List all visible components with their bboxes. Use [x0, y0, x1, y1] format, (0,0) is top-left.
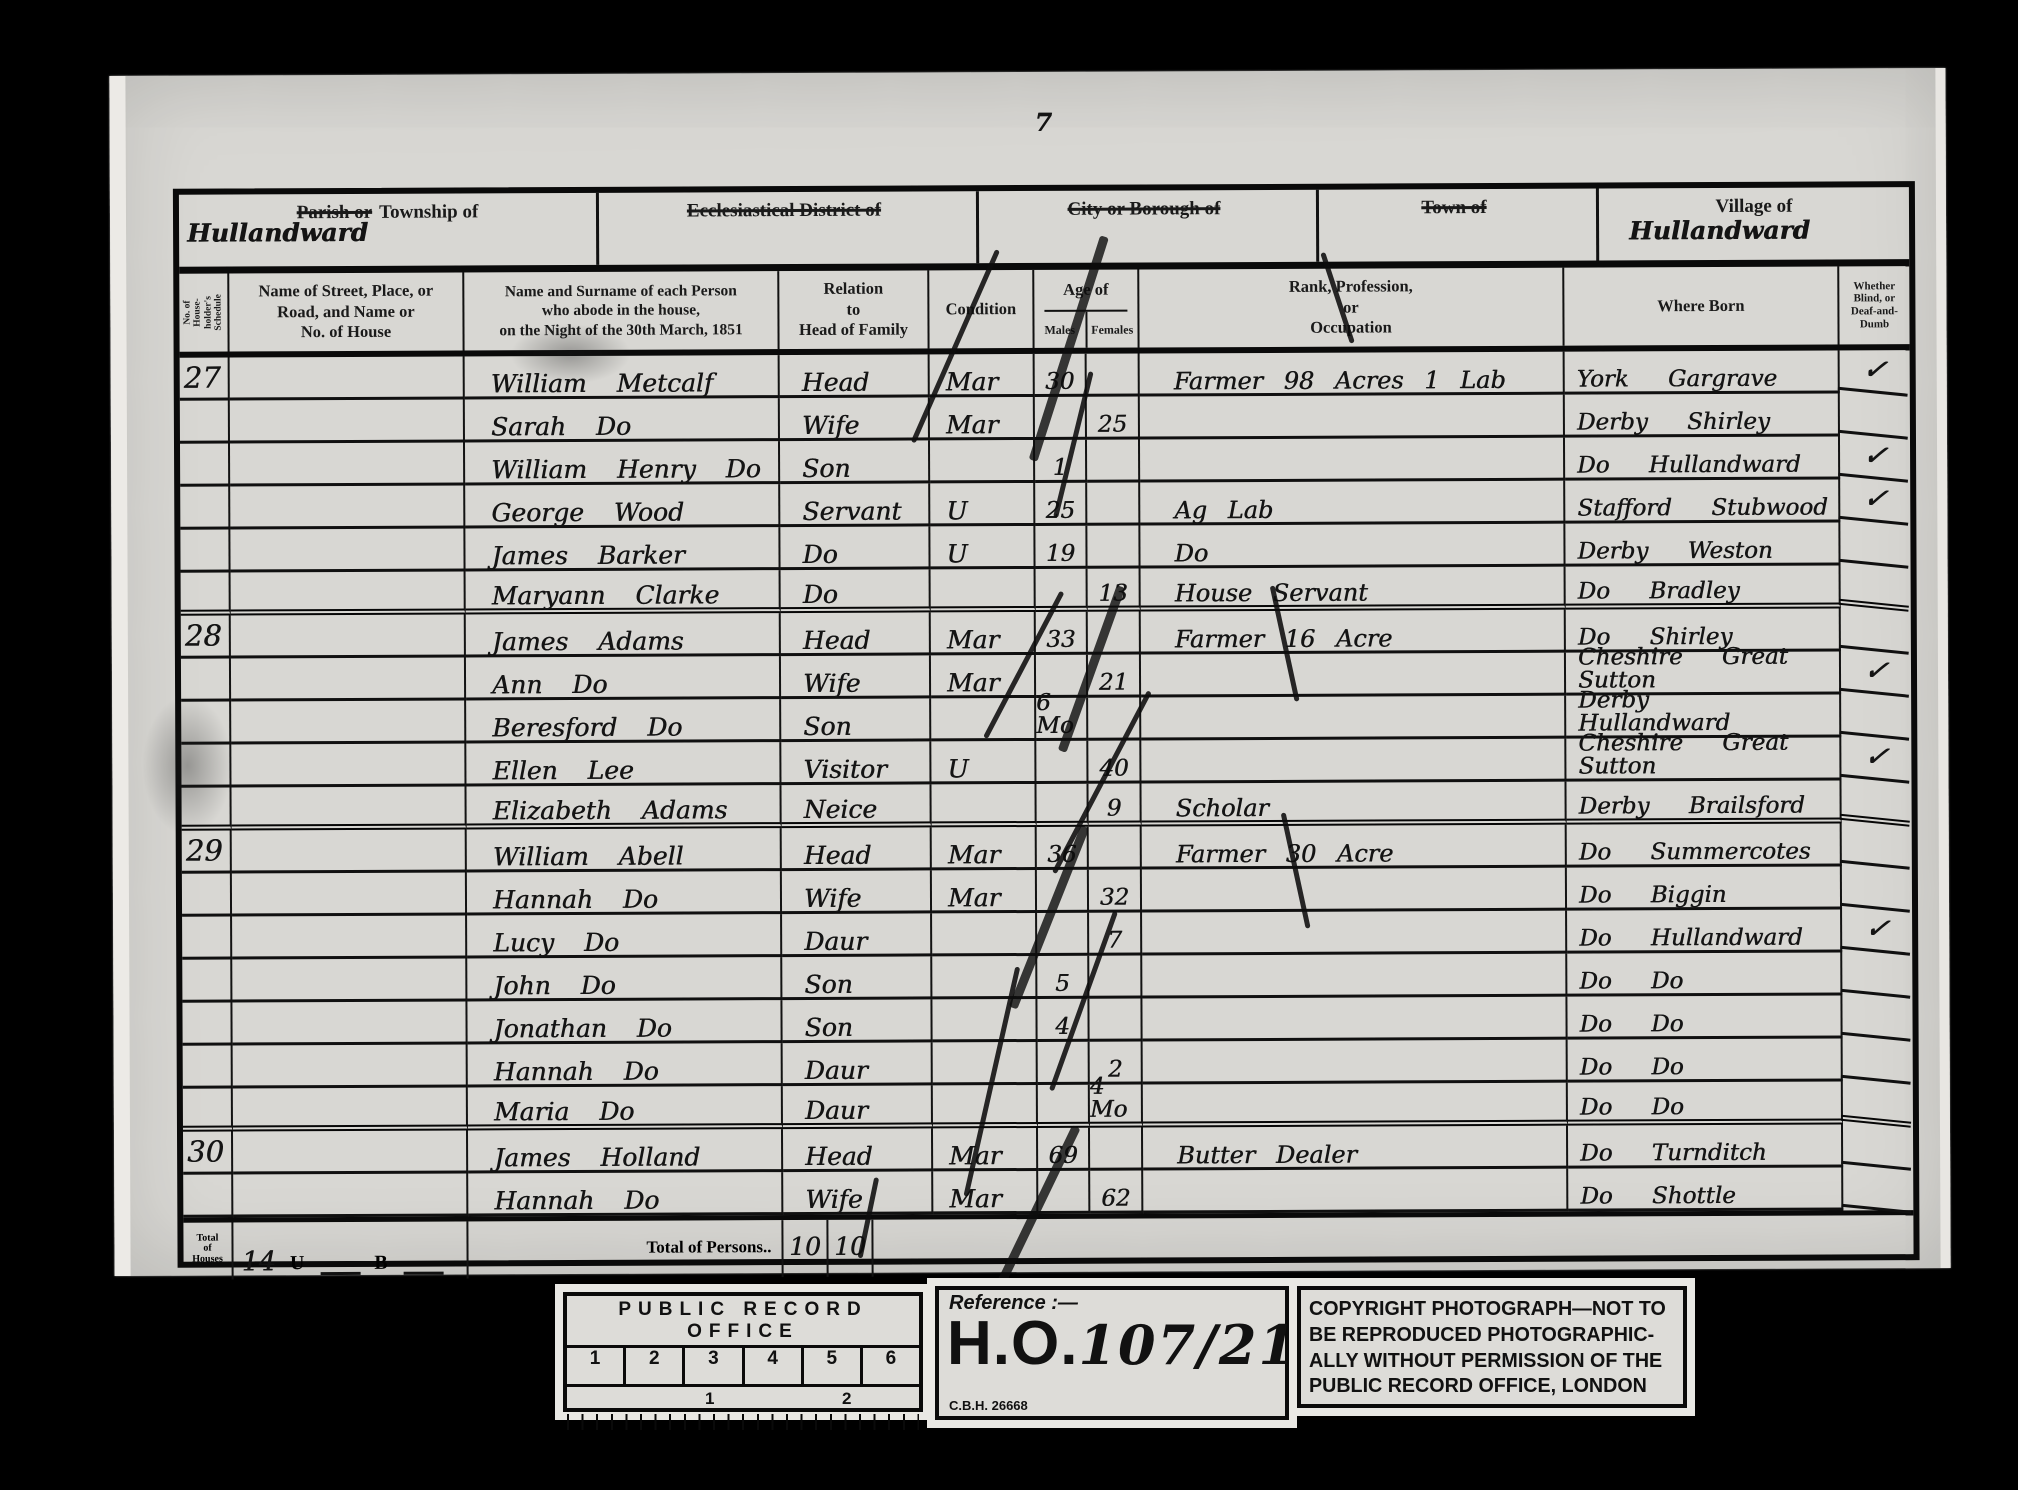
occupation-cell: [1141, 739, 1566, 784]
col-header-street: Name of Street, Place, or Road, and Name…: [229, 272, 464, 351]
relation-cell: Do: [781, 569, 931, 613]
uninhabited-label: U: [290, 1252, 307, 1275]
condition-cell: [932, 913, 1037, 956]
house-number-cell: [180, 443, 230, 486]
cm-ruler: 1 2: [567, 1387, 919, 1430]
table-row: John Do Son 5 Do Do: [182, 952, 1912, 1003]
where-born-cell: Stafford Stubwood: [1565, 479, 1840, 523]
where-born-cell: Do Do: [1567, 995, 1842, 1039]
age-male-cell: 19: [1035, 526, 1087, 569]
reference-prefix: H.O.: [947, 1309, 1078, 1378]
column-header-band: No. of House- holder's Schedule Name of …: [179, 266, 1909, 358]
where-born-cell: Derby Weston: [1565, 522, 1840, 566]
relation-cell: Head: [783, 1128, 933, 1172]
inch-6: 6: [863, 1348, 919, 1384]
village-label: Village of: [1715, 196, 1792, 217]
condition-cell: Mar: [932, 827, 1037, 870]
blind-deaf-tick-cell: ✓: [1840, 906, 1914, 956]
age-female-cell: [1087, 354, 1140, 397]
occupation-cell: Butter Dealer: [1143, 1126, 1568, 1171]
total-houses-value: 14: [242, 1248, 276, 1275]
blind-deaf-tick-cell: [1838, 519, 1912, 569]
blind-deaf-tick-cell: [1841, 1121, 1915, 1171]
reference-small-code: C.B.H. 26668: [949, 1398, 1028, 1413]
ecclesiastical-district-cell: Ecclesiastical District of: [599, 191, 979, 265]
occupation-cell: Do: [1140, 524, 1565, 569]
building-label: B: [374, 1252, 389, 1275]
condition-cell: Mar: [933, 1128, 1038, 1171]
street-cell: [233, 1130, 468, 1174]
town-struck-label: Town of: [1421, 197, 1486, 218]
blind-deaf-tick-cell: [1840, 949, 1914, 999]
inch-2: 2: [626, 1348, 685, 1384]
township-label: Township of: [379, 201, 478, 222]
occupation-cell: [1142, 997, 1567, 1042]
occupation-cell: [1141, 653, 1566, 698]
copyright-line-4: PUBLIC RECORD OFFICE, LONDON: [1309, 1373, 1660, 1399]
street-cell: [231, 786, 466, 830]
street-cell: [231, 657, 466, 701]
name-cell: Ellen Lee: [466, 742, 781, 786]
city-borough-cell: City or Borough of: [979, 190, 1319, 263]
street-cell: [233, 1044, 468, 1088]
age-female-cell: 7: [1089, 913, 1142, 956]
street-cell: [230, 442, 465, 486]
name-cell: Maryann Clarke: [466, 570, 781, 614]
relation-cell: Neice: [781, 784, 931, 828]
relation-cell: Wife: [781, 655, 931, 699]
blind-deaf-tick-cell: ✓: [1839, 734, 1913, 784]
condition-cell: U: [930, 483, 1035, 526]
table-row: 29 William Abell Head Mar 36 Farmer 30 A…: [182, 823, 1912, 874]
b-underline: [404, 1272, 444, 1275]
street-cell: [232, 872, 467, 916]
smudge-mark: [142, 695, 233, 835]
street-cell: [232, 958, 467, 1002]
ecclesiastical-struck-label: Ecclesiastical District of: [687, 200, 881, 222]
pro-title: PUBLIC RECORD OFFICE: [567, 1296, 919, 1348]
relation-cell: Do: [780, 526, 930, 570]
total-of-houses-label: Total of Houses: [183, 1222, 233, 1279]
street-cell: [232, 915, 467, 959]
occupation-cell: Scholar: [1141, 782, 1566, 827]
house-number-cell: 29: [182, 830, 232, 873]
house-number-cell: [183, 1088, 233, 1131]
where-born-cell: Do Bradley: [1566, 565, 1841, 609]
relation-cell: Son: [781, 698, 931, 742]
street-cell: [233, 1173, 468, 1217]
name-cell: William Henry Do: [465, 441, 780, 485]
name-cell: Sarah Do: [465, 398, 780, 442]
blind-deaf-tick-cell: [1840, 777, 1914, 827]
condition-cell: Mar: [930, 397, 1035, 440]
where-born-cell: Do Turnditch: [1568, 1124, 1843, 1168]
relation-cell: Visitor: [781, 741, 931, 785]
census-table: Parish orTownship of Hullandward Ecclesi…: [173, 181, 1920, 1268]
inch-1: 1: [567, 1348, 626, 1384]
age-female-cell: 32: [1089, 870, 1142, 913]
occupation-cell: Farmer 30 Acre: [1142, 825, 1567, 870]
age-female-cell: [1090, 1128, 1143, 1171]
reference-box: Reference :— H.O.107/2146 C.B.H. 26668: [935, 1286, 1289, 1420]
inch-4: 4: [745, 1348, 804, 1384]
total-houses-cell: 14 U B: [233, 1221, 468, 1279]
where-born-cell: Do Hullandward: [1565, 436, 1840, 480]
table-row: Hannah Do Daur 2 Do Do: [183, 1038, 1913, 1089]
parish-township-cell: Parish orTownship of Hullandward: [179, 193, 599, 267]
inch-3: 3: [685, 1348, 744, 1384]
house-number-cell: [182, 1002, 232, 1045]
occupation-cell: Farmer 16 Acre: [1141, 610, 1566, 655]
geography-header-band: Parish orTownship of Hullandward Ecclesi…: [179, 187, 1909, 274]
street-cell: [230, 356, 465, 400]
house-number-cell: [183, 1174, 233, 1217]
name-cell: Ann Do: [466, 656, 781, 700]
table-row: Elizabeth Adams Neice 9 Scholar Derby Br…: [181, 780, 1911, 831]
condition-cell: Mar: [932, 870, 1037, 913]
town-cell: Town of: [1319, 189, 1599, 262]
house-number-cell: [180, 529, 230, 572]
condition-cell: [932, 999, 1037, 1042]
street-cell: [231, 743, 466, 787]
where-born-cell: Derby Brailsford: [1566, 780, 1841, 824]
where-born-cell: Do Shottle: [1568, 1167, 1843, 1211]
page-number: 7: [1035, 110, 1053, 135]
age-male-cell: 5: [1037, 956, 1089, 999]
house-number-cell: 27: [180, 357, 230, 400]
occupation-cell: [1143, 1083, 1568, 1128]
where-born-cell: Do Do: [1568, 1081, 1843, 1125]
village-handwritten-value: Hullandward: [1629, 218, 1810, 244]
total-of-persons-label: Total of Persons..: [468, 1220, 783, 1278]
occupation-cell: [1140, 395, 1565, 440]
blind-deaf-tick-cell: ✓: [1838, 433, 1912, 483]
u-underline: [320, 1272, 360, 1275]
relation-cell: Daur: [783, 1085, 933, 1129]
relation-cell: Son: [782, 956, 932, 1000]
blind-deaf-tick-cell: [1840, 820, 1914, 870]
occupation-cell: [1141, 696, 1566, 741]
occupation-cell: [1140, 438, 1565, 483]
occupation-cell: [1142, 954, 1567, 999]
house-number-cell: 30: [183, 1131, 233, 1174]
relation-cell: Servant: [780, 483, 930, 527]
table-row: Maryann Clarke Do 13 House Servant Do Br…: [181, 565, 1911, 616]
street-cell: [231, 571, 466, 615]
house-number-cell: [182, 916, 232, 959]
blind-deaf-tick-cell: [1838, 390, 1912, 440]
where-born-cell: Cheshire Great Sutton: [1566, 737, 1841, 781]
age-female-cell: 62: [1090, 1171, 1143, 1214]
age-female-cell: [1087, 526, 1140, 569]
copyright-box: COPYRIGHT PHOTOGRAPH—NOT TO BE REPRODUCE…: [1297, 1286, 1687, 1408]
table-row: 30 James Holland Head Mar 69 Butter Deal…: [183, 1124, 1913, 1175]
col-header-relation: Relation to Head of Family: [779, 270, 929, 349]
inch-5: 5: [804, 1348, 863, 1384]
relation-cell: Son: [782, 999, 932, 1043]
copyright-line-2: BE REPRODUCED PHOTOGRAPHIC-: [1309, 1322, 1660, 1348]
city-borough-struck-label: City or Borough of: [1067, 198, 1220, 220]
age-male-cell: [1036, 569, 1088, 612]
condition-cell: [930, 440, 1035, 483]
col-header-blind-deaf: Whether Blind, or Deaf-and- Dumb: [1839, 266, 1909, 344]
where-born-cell: Do Biggin: [1567, 866, 1842, 910]
where-born-cell: Do Hullandward: [1567, 909, 1842, 953]
name-cell: Maria Do: [468, 1086, 783, 1130]
occupation-cell: [1142, 911, 1567, 956]
totals-row: Total of Houses 14 U B Total of Persons.…: [183, 1210, 1913, 1280]
blind-deaf-tick-cell: [1841, 1164, 1915, 1214]
age-female-cell: 25: [1087, 397, 1140, 440]
relation-cell: Head: [781, 612, 931, 656]
house-number-cell: [181, 572, 231, 615]
col-header-schedule: No. of House- holder's Schedule: [179, 273, 229, 351]
name-cell: James Barker: [465, 527, 780, 571]
where-born-cell: Do Do: [1568, 1038, 1843, 1082]
house-number-cell: [180, 400, 230, 443]
street-cell: [230, 528, 465, 572]
name-cell: John Do: [467, 957, 782, 1001]
blind-deaf-tick-cell: ✓: [1838, 347, 1912, 397]
street-cell: [230, 399, 465, 443]
village-cell: Village of Hullandward: [1599, 187, 1909, 260]
relation-cell: Son: [780, 440, 930, 484]
census-document-paper: 7 Parish orTownship of Hullandward Eccle…: [109, 68, 1950, 1276]
table-row: George Wood Servant U 25 Ag Lab Stafford…: [180, 479, 1910, 530]
street-cell: [230, 485, 465, 529]
street-cell: [232, 1001, 467, 1045]
street-cell: [233, 1087, 468, 1131]
age-female-cell: [1089, 827, 1142, 870]
occupation-cell: Farmer 98 Acres 1 Lab: [1140, 352, 1565, 397]
blind-deaf-tick-cell: [1839, 562, 1913, 612]
name-cell: James Holland: [468, 1129, 783, 1173]
occupation-cell: [1143, 1169, 1568, 1214]
relation-cell: Daur: [782, 913, 932, 957]
name-cell: Beresford Do: [466, 699, 781, 743]
condition-cell: [933, 1042, 1038, 1085]
name-cell: Hannah Do: [468, 1172, 783, 1216]
total-males-value: 10: [783, 1220, 828, 1277]
relation-cell: Wife: [782, 870, 932, 914]
relation-cell: Daur: [783, 1042, 933, 1086]
pro-ruler-box: PUBLIC RECORD OFFICE 1 2 3 4 5 6 1 2: [563, 1292, 923, 1412]
copyright-line-3: ALLY WITHOUT PERMISSION OF THE: [1309, 1348, 1660, 1374]
relation-cell: Wife: [780, 397, 930, 441]
blind-deaf-tick-cell: [1839, 605, 1913, 655]
table-row: Jonathan Do Son 4 Do Do: [182, 995, 1912, 1046]
condition-cell: U: [930, 526, 1035, 569]
blind-deaf-tick-cell: [1839, 691, 1913, 741]
table-row: James Barker Do U 19 Do Derby Weston: [180, 522, 1910, 573]
condition-cell: Mar: [931, 612, 1036, 655]
name-cell: George Wood: [465, 484, 780, 528]
where-born-cell: York Gargrave: [1565, 350, 1840, 394]
blind-deaf-tick-cell: [1841, 1078, 1915, 1128]
name-cell: Lucy Do: [467, 914, 782, 958]
inch-ruler: 1 2 3 4 5 6: [567, 1348, 919, 1387]
occupation-cell: Ag Lab: [1140, 481, 1565, 526]
cm-2: 2: [842, 1389, 851, 1409]
census-rows: 27 William Metcalf Head Mar 30 Farmer 98…: [180, 350, 1914, 1218]
street-cell: [232, 829, 467, 873]
where-born-cell: Derby Shirley: [1565, 393, 1840, 437]
table-row: Maria Do Daur 4 Mo Do Do: [183, 1081, 1913, 1132]
where-born-cell: Do Do: [1567, 952, 1842, 996]
blind-deaf-tick-cell: ✓: [1838, 476, 1912, 526]
house-number-cell: [180, 486, 230, 529]
name-cell: Hannah Do: [467, 871, 782, 915]
smudge-mark: [510, 324, 630, 385]
occupation-cell: [1143, 1040, 1568, 1085]
name-cell: James Adams: [466, 613, 781, 657]
age-male-cell: 33: [1036, 612, 1088, 655]
census-scan-page: { "page": {"number": "7"}, "form": { "ge…: [0, 0, 2018, 1490]
condition-cell: [931, 784, 1036, 827]
township-handwritten-value: Hullandward: [187, 220, 368, 246]
blind-deaf-tick-cell: [1840, 863, 1914, 913]
name-cell: Hannah Do: [468, 1043, 783, 1087]
condition-cell: U: [931, 741, 1036, 784]
cm-1: 1: [705, 1389, 714, 1409]
name-cell: Jonathan Do: [467, 1000, 782, 1044]
street-cell: [231, 700, 466, 744]
col-header-where-born: Where Born: [1564, 266, 1839, 345]
age-male-cell: 1: [1035, 440, 1087, 483]
blind-deaf-tick-cell: [1841, 992, 1915, 1042]
table-row: William Henry Do Son 1 Do Hullandward ✓: [180, 436, 1910, 487]
age-female-cell: [1087, 440, 1140, 483]
relation-cell: Head: [782, 827, 932, 871]
house-number-cell: 28: [181, 615, 231, 658]
age-male-cell: [1038, 1085, 1090, 1128]
condition-cell: Mar: [933, 1171, 1038, 1214]
occupation-cell: House Servant: [1141, 567, 1566, 612]
where-born-cell: Do Summercotes: [1567, 823, 1842, 867]
street-cell: [231, 614, 466, 658]
house-number-cell: [183, 1045, 233, 1088]
blind-deaf-tick-cell: [1841, 1035, 1915, 1085]
age-female-cell: [1089, 999, 1142, 1042]
condition-cell: [931, 569, 1036, 612]
house-number-cell: [182, 959, 232, 1002]
occupation-cell: [1142, 868, 1567, 913]
blind-deaf-tick-cell: ✓: [1839, 648, 1913, 698]
age-female-cell: 4 Mo: [1090, 1085, 1143, 1128]
females-label: Females: [1087, 312, 1138, 348]
table-row: 27 William Metcalf Head Mar 30 Farmer 98…: [180, 350, 1910, 401]
name-cell: Elizabeth Adams: [466, 785, 781, 829]
age-female-cell: [1087, 483, 1140, 526]
relation-cell: Head: [780, 354, 930, 398]
relation-cell: Wife: [783, 1171, 933, 1215]
house-number-cell: [182, 873, 232, 916]
table-row: Ellen Lee Visitor U 40 Cheshire Great Su…: [181, 737, 1911, 788]
name-cell: William Abell: [467, 828, 782, 872]
copyright-line-1: COPYRIGHT PHOTOGRAPH—NOT TO: [1309, 1296, 1660, 1322]
